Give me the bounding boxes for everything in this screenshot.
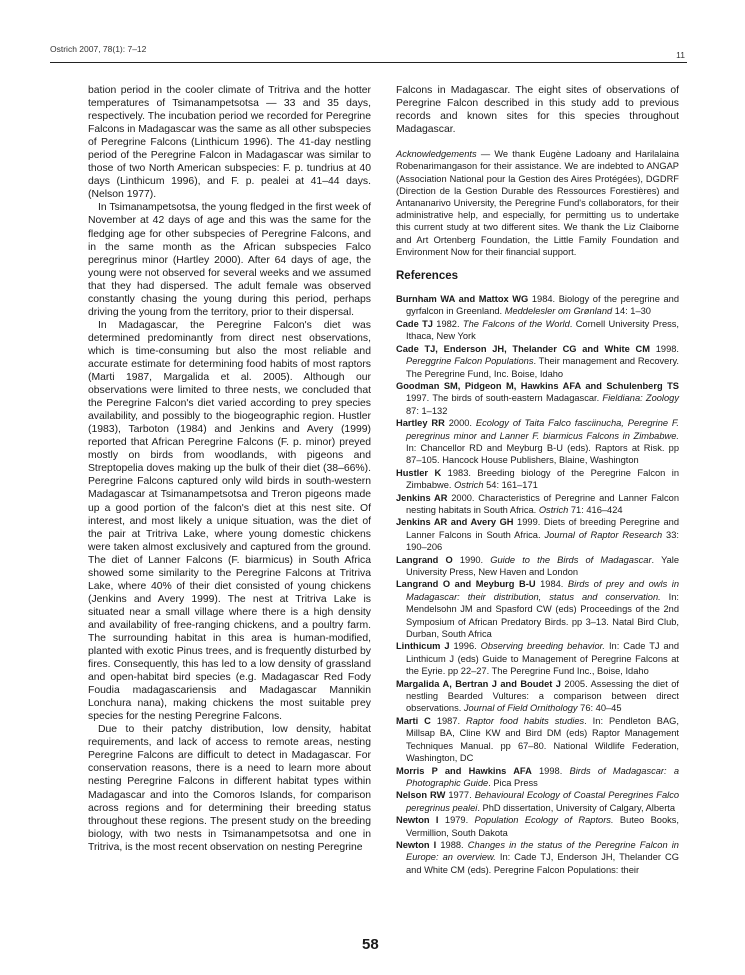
- page-header: Ostrich 2007, 78(1): 7–12 11: [50, 40, 687, 63]
- reference-item: Goodman SM, Pidgeon M, Hawkins AFA and S…: [396, 380, 679, 417]
- reference-authors: Hartley RR: [396, 418, 445, 428]
- reference-authors: Newton I: [396, 815, 439, 825]
- acknowledgements-text: — We thank Eugène Ladoany and Harilalain…: [396, 149, 679, 257]
- acknowledgements: Acknowledgements — We thank Eugène Ladoa…: [396, 148, 679, 258]
- reference-year: 1984.: [528, 294, 558, 304]
- reference-year: 1999.: [514, 517, 544, 527]
- references-heading: References: [396, 270, 679, 283]
- reference-list: Burnham WA and Mattox WG 1984. Biology o…: [396, 293, 679, 876]
- reference-item: Morris P and Hawkins AFA 1998. Birds of …: [396, 765, 679, 790]
- reference-authors: Cade TJ, Enderson JH, Thelander CG and W…: [396, 344, 650, 354]
- running-head: Ostrich 2007, 78(1): 7–12: [50, 44, 146, 54]
- reference-item: Langrand O 1990. Guide to the Birds of M…: [396, 554, 679, 579]
- reference-year: 1996.: [450, 641, 481, 651]
- reference-post: . Pica Press: [488, 778, 538, 788]
- reference-authors: Langrand O: [396, 555, 453, 565]
- reference-ital: Fieldiana: Zoology: [602, 393, 679, 403]
- reference-item: Jenkins AR and Avery GH 1999. Diets of b…: [396, 516, 679, 553]
- reference-item: Newton I 1979. Population Ecology of Rap…: [396, 814, 679, 839]
- acknowledgements-label: Acknowledgements: [396, 149, 477, 159]
- body-paragraph: Falcons in Madagascar. The eight sites o…: [396, 84, 679, 136]
- reference-authors: Nelson RW: [396, 790, 445, 800]
- reference-ital: Journal of Raptor Research: [544, 530, 662, 540]
- reference-authors: Newton I: [396, 840, 436, 850]
- body-paragraph: In Madagascar, the Peregrine Falcon's di…: [88, 319, 371, 723]
- reference-year: 1979.: [439, 815, 475, 825]
- reference-item: Hustler K 1983. Breeding biology of the …: [396, 467, 679, 492]
- reference-ital: Raptor food habits studies: [466, 716, 584, 726]
- reference-authors: Linthicum J: [396, 641, 450, 651]
- reference-authors: Langrand O and Meyburg B-U: [396, 579, 536, 589]
- reference-year: 1987.: [431, 716, 466, 726]
- reference-authors: Hustler K: [396, 468, 441, 478]
- reference-post: 87: 1–132: [406, 406, 447, 416]
- reference-authors: Burnham WA and Mattox WG: [396, 294, 528, 304]
- reference-pre: The birds of south-eastern Madagascar.: [432, 393, 602, 403]
- body-paragraph: bation period in the cooler climate of T…: [88, 84, 371, 201]
- reference-item: Burnham WA and Mattox WG 1984. Biology o…: [396, 293, 679, 318]
- reference-year: 1997.: [406, 393, 432, 403]
- left-column: bation period in the cooler climate of T…: [88, 84, 371, 854]
- right-column: Falcons in Madagascar. The eight sites o…: [396, 84, 679, 876]
- reference-ital: Meddelesler om Grønland: [505, 306, 612, 316]
- journal-page-number: 11: [676, 50, 685, 60]
- reference-authors: Cade TJ: [396, 319, 433, 329]
- reference-year: 1984.: [536, 579, 568, 589]
- reference-year: 1982.: [433, 319, 463, 329]
- reference-item: Cade TJ, Enderson JH, Thelander CG and W…: [396, 343, 679, 380]
- reference-post: . PhD dissertation, University of Calgar…: [477, 803, 675, 813]
- reference-authors: Jenkins AR: [396, 493, 447, 503]
- reference-authors: Goodman SM, Pidgeon M, Hawkins AFA and S…: [396, 381, 679, 391]
- body-paragraph: Due to their patchy distribution, low de…: [88, 723, 371, 853]
- reference-authors: Morris P and Hawkins AFA: [396, 766, 532, 776]
- reference-ital: Ostrich: [539, 505, 568, 515]
- reference-authors: Margalida A, Bertran J and Boudet J: [396, 679, 561, 689]
- reference-year: 1998.: [650, 344, 679, 354]
- reference-year: 1983.: [441, 468, 477, 478]
- reference-item: Langrand O and Meyburg B-U 1984. Birds o…: [396, 578, 679, 640]
- reference-year: 1988.: [436, 840, 468, 850]
- reference-ital: Population Ecology of Raptors.: [475, 815, 614, 825]
- reference-ital: Guide to the Birds of Madagascar: [490, 555, 651, 565]
- reference-ital: The Falcons of the World: [463, 319, 570, 329]
- reference-item: Jenkins AR 2000. Characteristics of Pere…: [396, 492, 679, 517]
- reference-item: Margalida A, Bertran J and Boudet J 2005…: [396, 678, 679, 715]
- reference-ital: Pereggrine Falcon Populations: [406, 356, 533, 366]
- reference-year: 2000.: [447, 493, 478, 503]
- reference-ital: Ostrich: [454, 480, 483, 490]
- reference-item: Newton I 1988. Changes in the status of …: [396, 839, 679, 876]
- reference-post: 76: 40–45: [578, 703, 622, 713]
- reference-year: 1990.: [453, 555, 491, 565]
- reference-item: Nelson RW 1977. Behavioural Ecology of C…: [396, 789, 679, 814]
- reference-item: Hartley RR 2000. Ecology of Taita Falco …: [396, 417, 679, 467]
- reference-ital: Journal of Field Ornithology: [464, 703, 578, 713]
- reference-authors: Marti C: [396, 716, 431, 726]
- reference-post: 54: 161–171: [484, 480, 538, 490]
- reference-post: In: Chancellor RD and Meyburg B-U (eds).…: [406, 443, 679, 465]
- reference-year: 1998.: [532, 766, 570, 776]
- reference-year: 2000.: [445, 418, 476, 428]
- reference-year: 1977.: [445, 790, 474, 800]
- scan-page-number: 58: [362, 936, 379, 953]
- reference-post: 14: 1–30: [612, 306, 651, 316]
- reference-item: Linthicum J 1996. Observing breeding beh…: [396, 640, 679, 677]
- reference-authors: Jenkins AR and Avery GH: [396, 517, 514, 527]
- reference-year: 2005.: [561, 679, 591, 689]
- body-paragraph: In Tsimanampetsotsa, the young fledged i…: [88, 201, 371, 318]
- reference-ital: Observing breeding behavior.: [481, 641, 605, 651]
- reference-item: Marti C 1987. Raptor food habits studies…: [396, 715, 679, 765]
- reference-item: Cade TJ 1982. The Falcons of the World. …: [396, 318, 679, 343]
- reference-post: 71: 416–424: [568, 505, 622, 515]
